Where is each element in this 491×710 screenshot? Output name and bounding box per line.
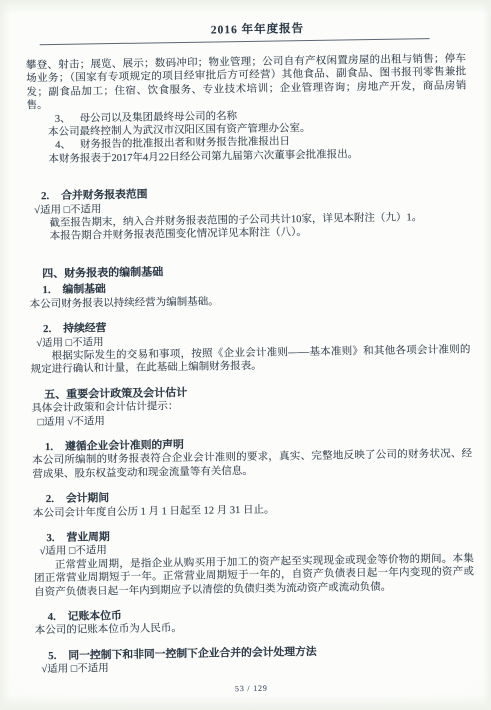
document-content: 攀登、射击；展览、展示；数码冲印；物业管理；公司自有产权闲置房屋的出租与销售；停… xyxy=(26,53,476,677)
item-title: 持续经营 xyxy=(63,322,106,335)
report-header: 2016 年年度报告 xyxy=(25,21,465,46)
item-title: 会计期间 xyxy=(66,492,109,505)
item-title: 遵循企业会计准则的声明 xyxy=(65,439,184,453)
doc-paragraph: 正常营业周期，是指企业从购买用于加工的资产起至实现现金或现金等价物的期间。本集团… xyxy=(34,552,475,599)
scanned-document-screenshot: { "colors": { "paper": "#fcfdfb", "ink":… xyxy=(0,0,491,710)
doc-paragraph: 攀登、射击；展览、展示；数码冲印；物业管理；公司自有产权闲置房屋的出租与销售；停… xyxy=(26,53,467,114)
item-title: 合并财务报表范围 xyxy=(61,189,148,202)
item-number: 2. xyxy=(43,323,51,335)
item-number: 1. xyxy=(42,284,50,296)
item-title: 营业周期 xyxy=(66,531,109,544)
doc-paragraph: 根据实际发生的交易和事项，按照《企业会计准则——基本准则》和其他各项会计准则的规… xyxy=(30,343,470,377)
item-title: 母公司以及集团最终母公司的名称 xyxy=(79,111,237,124)
page-number: 53 / 129 xyxy=(235,684,268,694)
item-number: 1. xyxy=(45,441,53,453)
item-number: 4、 xyxy=(55,140,71,151)
item-number: 5. xyxy=(48,650,56,662)
item-number: 2. xyxy=(41,190,49,202)
doc-paragraph: 本公司所编制的财务报表符合企业会计准则的要求，真实、完整地反映了公司的财务状况、… xyxy=(32,448,472,482)
item-number: 2. xyxy=(46,493,54,505)
header-divider-line xyxy=(40,38,430,45)
item-title: 编制基础 xyxy=(63,283,106,296)
page-tilt-wrapper: 2016 年年度报告 攀登、射击；展览、展示；数码冲印；物业管理；公司自有产权闲… xyxy=(0,0,491,710)
item-number: 4. xyxy=(48,611,56,623)
page-footer: 53 / 129 xyxy=(6,680,491,697)
report-header-title: 2016 年年度报告 xyxy=(49,21,465,40)
item-title: 同一控制下和非同一控制下企业合并的会计处理方法 xyxy=(68,646,316,662)
item-number: 3. xyxy=(46,532,54,544)
item-title: 记账本位币 xyxy=(68,610,122,623)
scan-paper-background: 2016 年年度报告 攀登、射击；展览、展示；数码冲印；物业管理；公司自有产权闲… xyxy=(0,0,491,710)
item-number: 3、 xyxy=(55,113,71,124)
